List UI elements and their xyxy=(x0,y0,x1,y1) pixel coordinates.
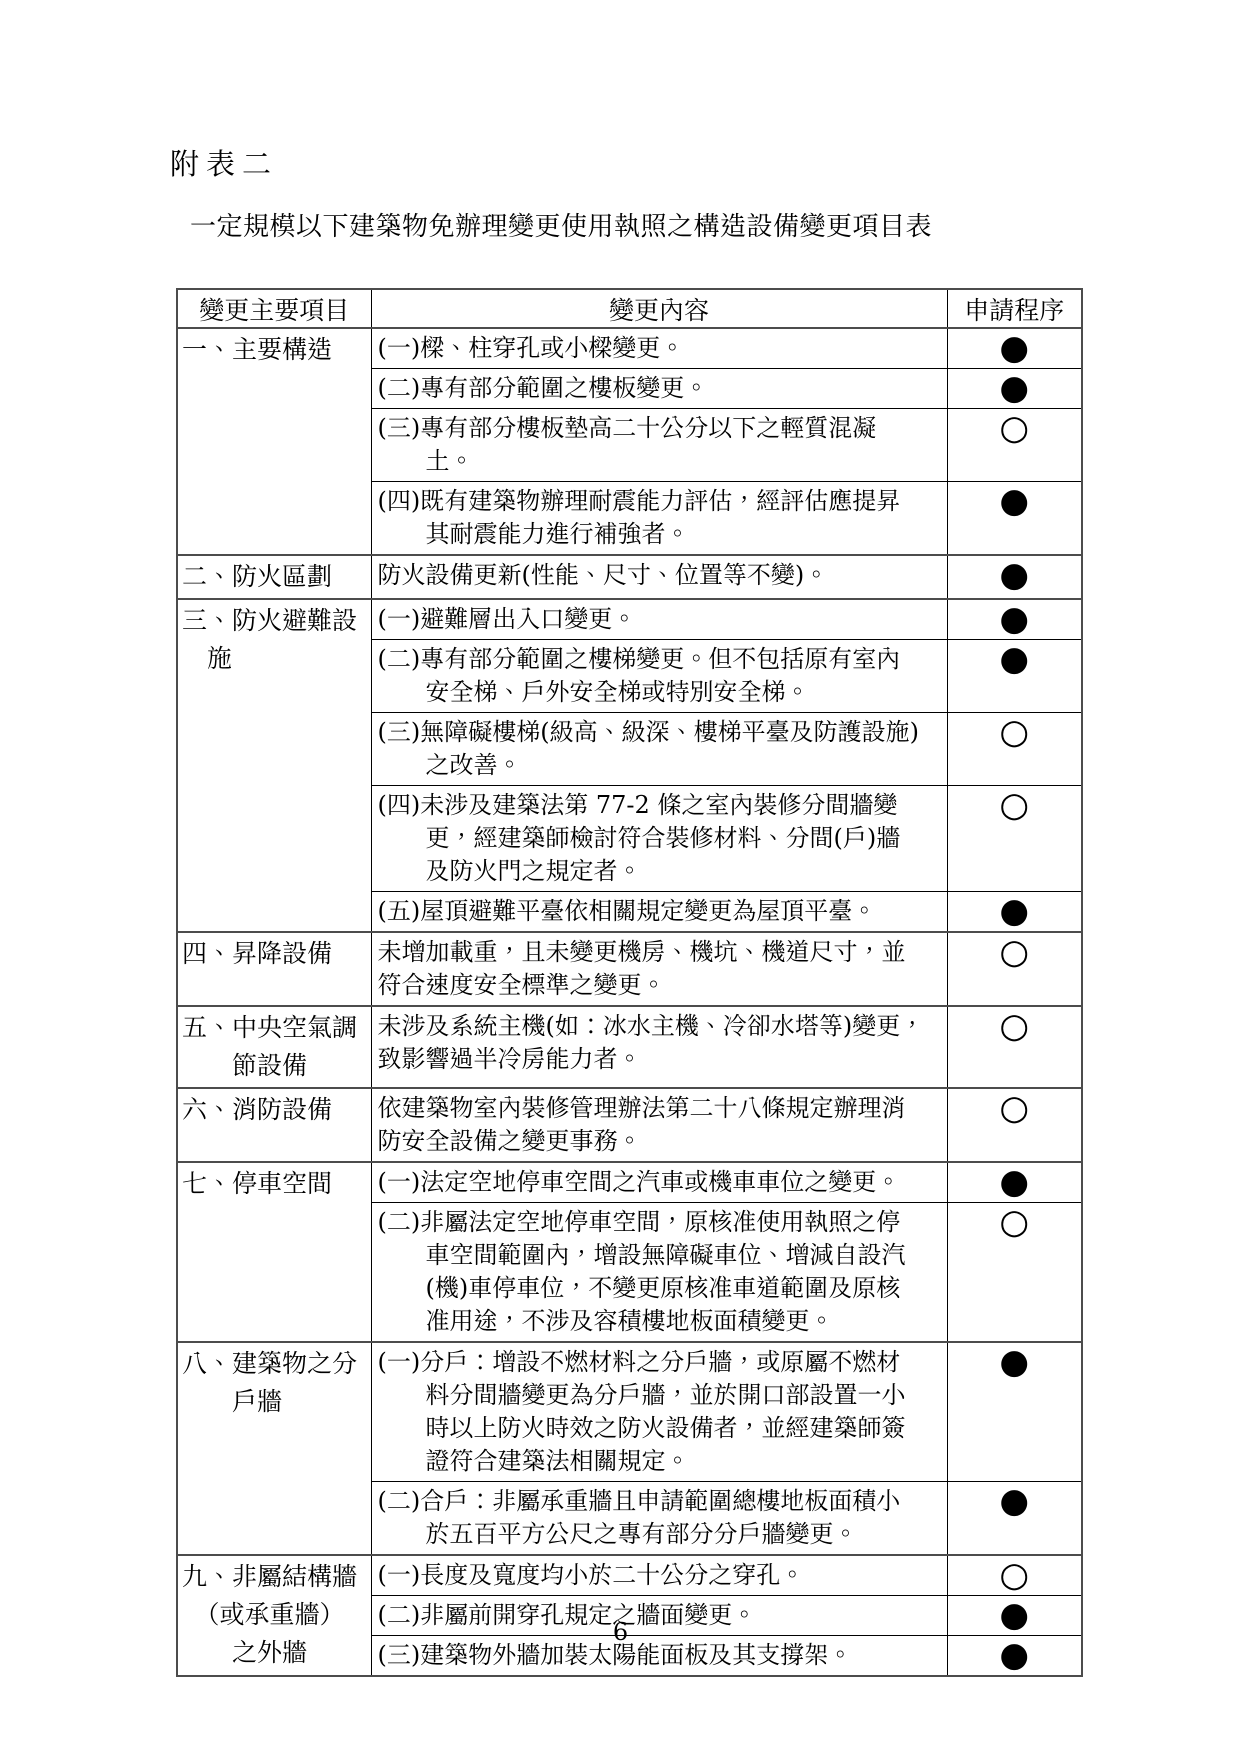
change-content-text: (三)專有部分樓板墊高二十公分以下之輕質混凝 土。 xyxy=(372,409,947,481)
content-cell: (二)合戶：非屬承重牆且申請範圍總樓地板面積小 於五百平方公尺之專有部分分戶牆變… xyxy=(371,1482,947,1556)
table-row: 六、消防設備依建築物室內裝修管理辦法第二十八條規定辦理消 防安全設備之變更事務。… xyxy=(177,1088,1082,1162)
category-cell: 五、中央空氣調 節設備 xyxy=(177,1006,371,1088)
filled-circle-mark: ● xyxy=(947,640,1082,713)
table-row: 四、昇降設備未增加載重，且未變更機房、機坑、機道尺寸，並 符合速度安全標準之變更… xyxy=(177,932,1082,1006)
header-main-item: 變更主要項目 xyxy=(177,289,371,328)
change-content-text: 未涉及系統主機(如：冰水主機、冷卻水塔等)變更， 致影響過半冷房能力者。 xyxy=(372,1007,947,1079)
empty-circle-mark: ○ xyxy=(947,409,1082,482)
content-cell: (四)未涉及建築法第 77-2 條之室內裝修分間牆變 更，經建築師檢討符合裝修材… xyxy=(371,786,947,892)
table-row: 一、主要構造(一)樑、柱穿孔或小樑變更。● xyxy=(177,328,1082,369)
change-content-text: (二)非屬法定空地停車空間，原核准使用執照之停 車空間範圍內，增設無障礙車位、增… xyxy=(372,1203,947,1341)
change-content-text: (二)專有部分範圍之樓梯變更。但不包括原有室內 安全梯、戶外安全梯或特別安全梯。 xyxy=(372,640,947,712)
change-content-text: (一)法定空地停車空間之汽車或機車車位之變更。 xyxy=(372,1163,947,1202)
table-header-row: 變更主要項目 變更內容 申請程序 xyxy=(177,289,1082,328)
change-content-text: 依建築物室內裝修管理辦法第二十八條規定辦理消 防安全設備之變更事務。 xyxy=(372,1089,947,1161)
filled-circle-mark: ● xyxy=(947,328,1082,369)
content-cell: (一)法定空地停車空間之汽車或機車車位之變更。 xyxy=(371,1162,947,1203)
content-cell: (二)專有部分範圍之樓梯變更。但不包括原有室內 安全梯、戶外安全梯或特別安全梯。 xyxy=(371,640,947,713)
category-cell: 二、防火區劃 xyxy=(177,555,371,599)
content-cell: (五)屋頂避難平臺依相關規定變更為屋頂平臺。 xyxy=(371,892,947,933)
table-row: 五、中央空氣調 節設備未涉及系統主機(如：冰水主機、冷卻水塔等)變更， 致影響過… xyxy=(177,1006,1082,1088)
table-body: 一、主要構造(一)樑、柱穿孔或小樑變更。●(二)專有部分範圍之樓板變更。●(三)… xyxy=(177,328,1082,1676)
document-page: { "page": { "title": "附表二", "subtitle": … xyxy=(0,0,1241,1755)
change-content-text: (一)避難層出入口變更。 xyxy=(372,600,947,639)
change-content-text: (四)既有建築物辦理耐震能力評估，經評估應提昇 其耐震能力進行補強者。 xyxy=(372,482,947,554)
filled-circle-mark: ● xyxy=(947,1342,1082,1482)
table-row: 九、非屬結構牆 （或承重牆） 之外牆(一)長度及寬度均小於二十公分之穿孔。○ xyxy=(177,1555,1082,1596)
items-table: 變更主要項目 變更內容 申請程序 一、主要構造(一)樑、柱穿孔或小樑變更。●(二… xyxy=(176,288,1083,1677)
content-cell: (二)非屬法定空地停車空間，原核准使用執照之停 車空間範圍內，增設無障礙車位、增… xyxy=(371,1203,947,1343)
category-cell: 六、消防設備 xyxy=(177,1088,371,1162)
content-cell: (一)樑、柱穿孔或小樑變更。 xyxy=(371,328,947,369)
empty-circle-mark: ○ xyxy=(947,1006,1082,1088)
header-change-content: 變更內容 xyxy=(371,289,947,328)
filled-circle-mark: ● xyxy=(947,555,1082,599)
content-cell: 防火設備更新(性能、尺寸、位置等不變)。 xyxy=(371,555,947,599)
empty-circle-mark: ○ xyxy=(947,1088,1082,1162)
empty-circle-mark: ○ xyxy=(947,932,1082,1006)
table-row: 三、防火避難設 施(一)避難層出入口變更。● xyxy=(177,599,1082,640)
change-content-text: (二)專有部分範圍之樓板變更。 xyxy=(372,369,947,408)
category-cell: 三、防火避難設 施 xyxy=(177,599,371,932)
change-content-text: (一)分戶：增設不燃材料之分戶牆，或原屬不燃材 料分間牆變更為分戶牆，並於開口部… xyxy=(372,1343,947,1481)
empty-circle-mark: ○ xyxy=(947,713,1082,786)
content-cell: 依建築物室內裝修管理辦法第二十八條規定辦理消 防安全設備之變更事務。 xyxy=(371,1088,947,1162)
change-content-text: (一)長度及寬度均小於二十公分之穿孔。 xyxy=(372,1556,947,1595)
filled-circle-mark: ● xyxy=(947,892,1082,933)
table-row: 二、防火區劃防火設備更新(性能、尺寸、位置等不變)。● xyxy=(177,555,1082,599)
category-cell: 八、建築物之分 戶牆 xyxy=(177,1342,371,1555)
empty-circle-mark: ○ xyxy=(947,1203,1082,1343)
content-cell: (三)專有部分樓板墊高二十公分以下之輕質混凝 土。 xyxy=(371,409,947,482)
change-content-text: (二)合戶：非屬承重牆且申請範圍總樓地板面積小 於五百平方公尺之專有部分分戶牆變… xyxy=(372,1482,947,1554)
empty-circle-mark: ○ xyxy=(947,786,1082,892)
content-cell: (一)長度及寬度均小於二十公分之穿孔。 xyxy=(371,1555,947,1596)
filled-circle-mark: ● xyxy=(947,369,1082,409)
empty-circle-mark: ○ xyxy=(947,1555,1082,1596)
content-cell: 未涉及系統主機(如：冰水主機、冷卻水塔等)變更， 致影響過半冷房能力者。 xyxy=(371,1006,947,1088)
change-content-text: 防火設備更新(性能、尺寸、位置等不變)。 xyxy=(372,556,947,595)
table-row: 七、停車空間(一)法定空地停車空間之汽車或機車車位之變更。● xyxy=(177,1162,1082,1203)
page-number: 6 xyxy=(0,1618,1241,1646)
content-cell: (二)專有部分範圍之樓板變更。 xyxy=(371,369,947,409)
filled-circle-mark: ● xyxy=(947,1482,1082,1556)
content-cell: (四)既有建築物辦理耐震能力評估，經評估應提昇 其耐震能力進行補強者。 xyxy=(371,482,947,556)
table-caption: 一定規模以下建築物免辦理變更使用執照之構造設備變更項目表 xyxy=(190,206,932,243)
change-content-text: (五)屋頂避難平臺依相關規定變更為屋頂平臺。 xyxy=(372,892,947,931)
header-application-procedure: 申請程序 xyxy=(947,289,1082,328)
filled-circle-mark: ● xyxy=(947,599,1082,640)
content-cell: (一)分戶：增設不燃材料之分戶牆，或原屬不燃材 料分間牆變更為分戶牆，並於開口部… xyxy=(371,1342,947,1482)
content-cell: (一)避難層出入口變更。 xyxy=(371,599,947,640)
filled-circle-mark: ● xyxy=(947,482,1082,556)
category-cell: 七、停車空間 xyxy=(177,1162,371,1342)
filled-circle-mark: ● xyxy=(947,1162,1082,1203)
category-cell: 四、昇降設備 xyxy=(177,932,371,1006)
category-cell: 九、非屬結構牆 （或承重牆） 之外牆 xyxy=(177,1555,371,1676)
table-row: 八、建築物之分 戶牆(一)分戶：增設不燃材料之分戶牆，或原屬不燃材 料分間牆變更… xyxy=(177,1342,1082,1482)
change-content-text: 未增加載重，且未變更機房、機坑、機道尺寸，並 符合速度安全標準之變更。 xyxy=(372,933,947,1005)
change-content-text: (一)樑、柱穿孔或小樑變更。 xyxy=(372,329,947,368)
content-cell: 未增加載重，且未變更機房、機坑、機道尺寸，並 符合速度安全標準之變更。 xyxy=(371,932,947,1006)
content-cell: (三)無障礙樓梯(級高、級深、樓梯平臺及防護設施) 之改善。 xyxy=(371,713,947,786)
category-cell: 一、主要構造 xyxy=(177,328,371,555)
change-content-text: (四)未涉及建築法第 77-2 條之室內裝修分間牆變 更，經建築師檢討符合裝修材… xyxy=(372,786,947,891)
appendix-title: 附表二 xyxy=(170,142,278,183)
change-content-text: (三)無障礙樓梯(級高、級深、樓梯平臺及防護設施) 之改善。 xyxy=(372,713,947,785)
